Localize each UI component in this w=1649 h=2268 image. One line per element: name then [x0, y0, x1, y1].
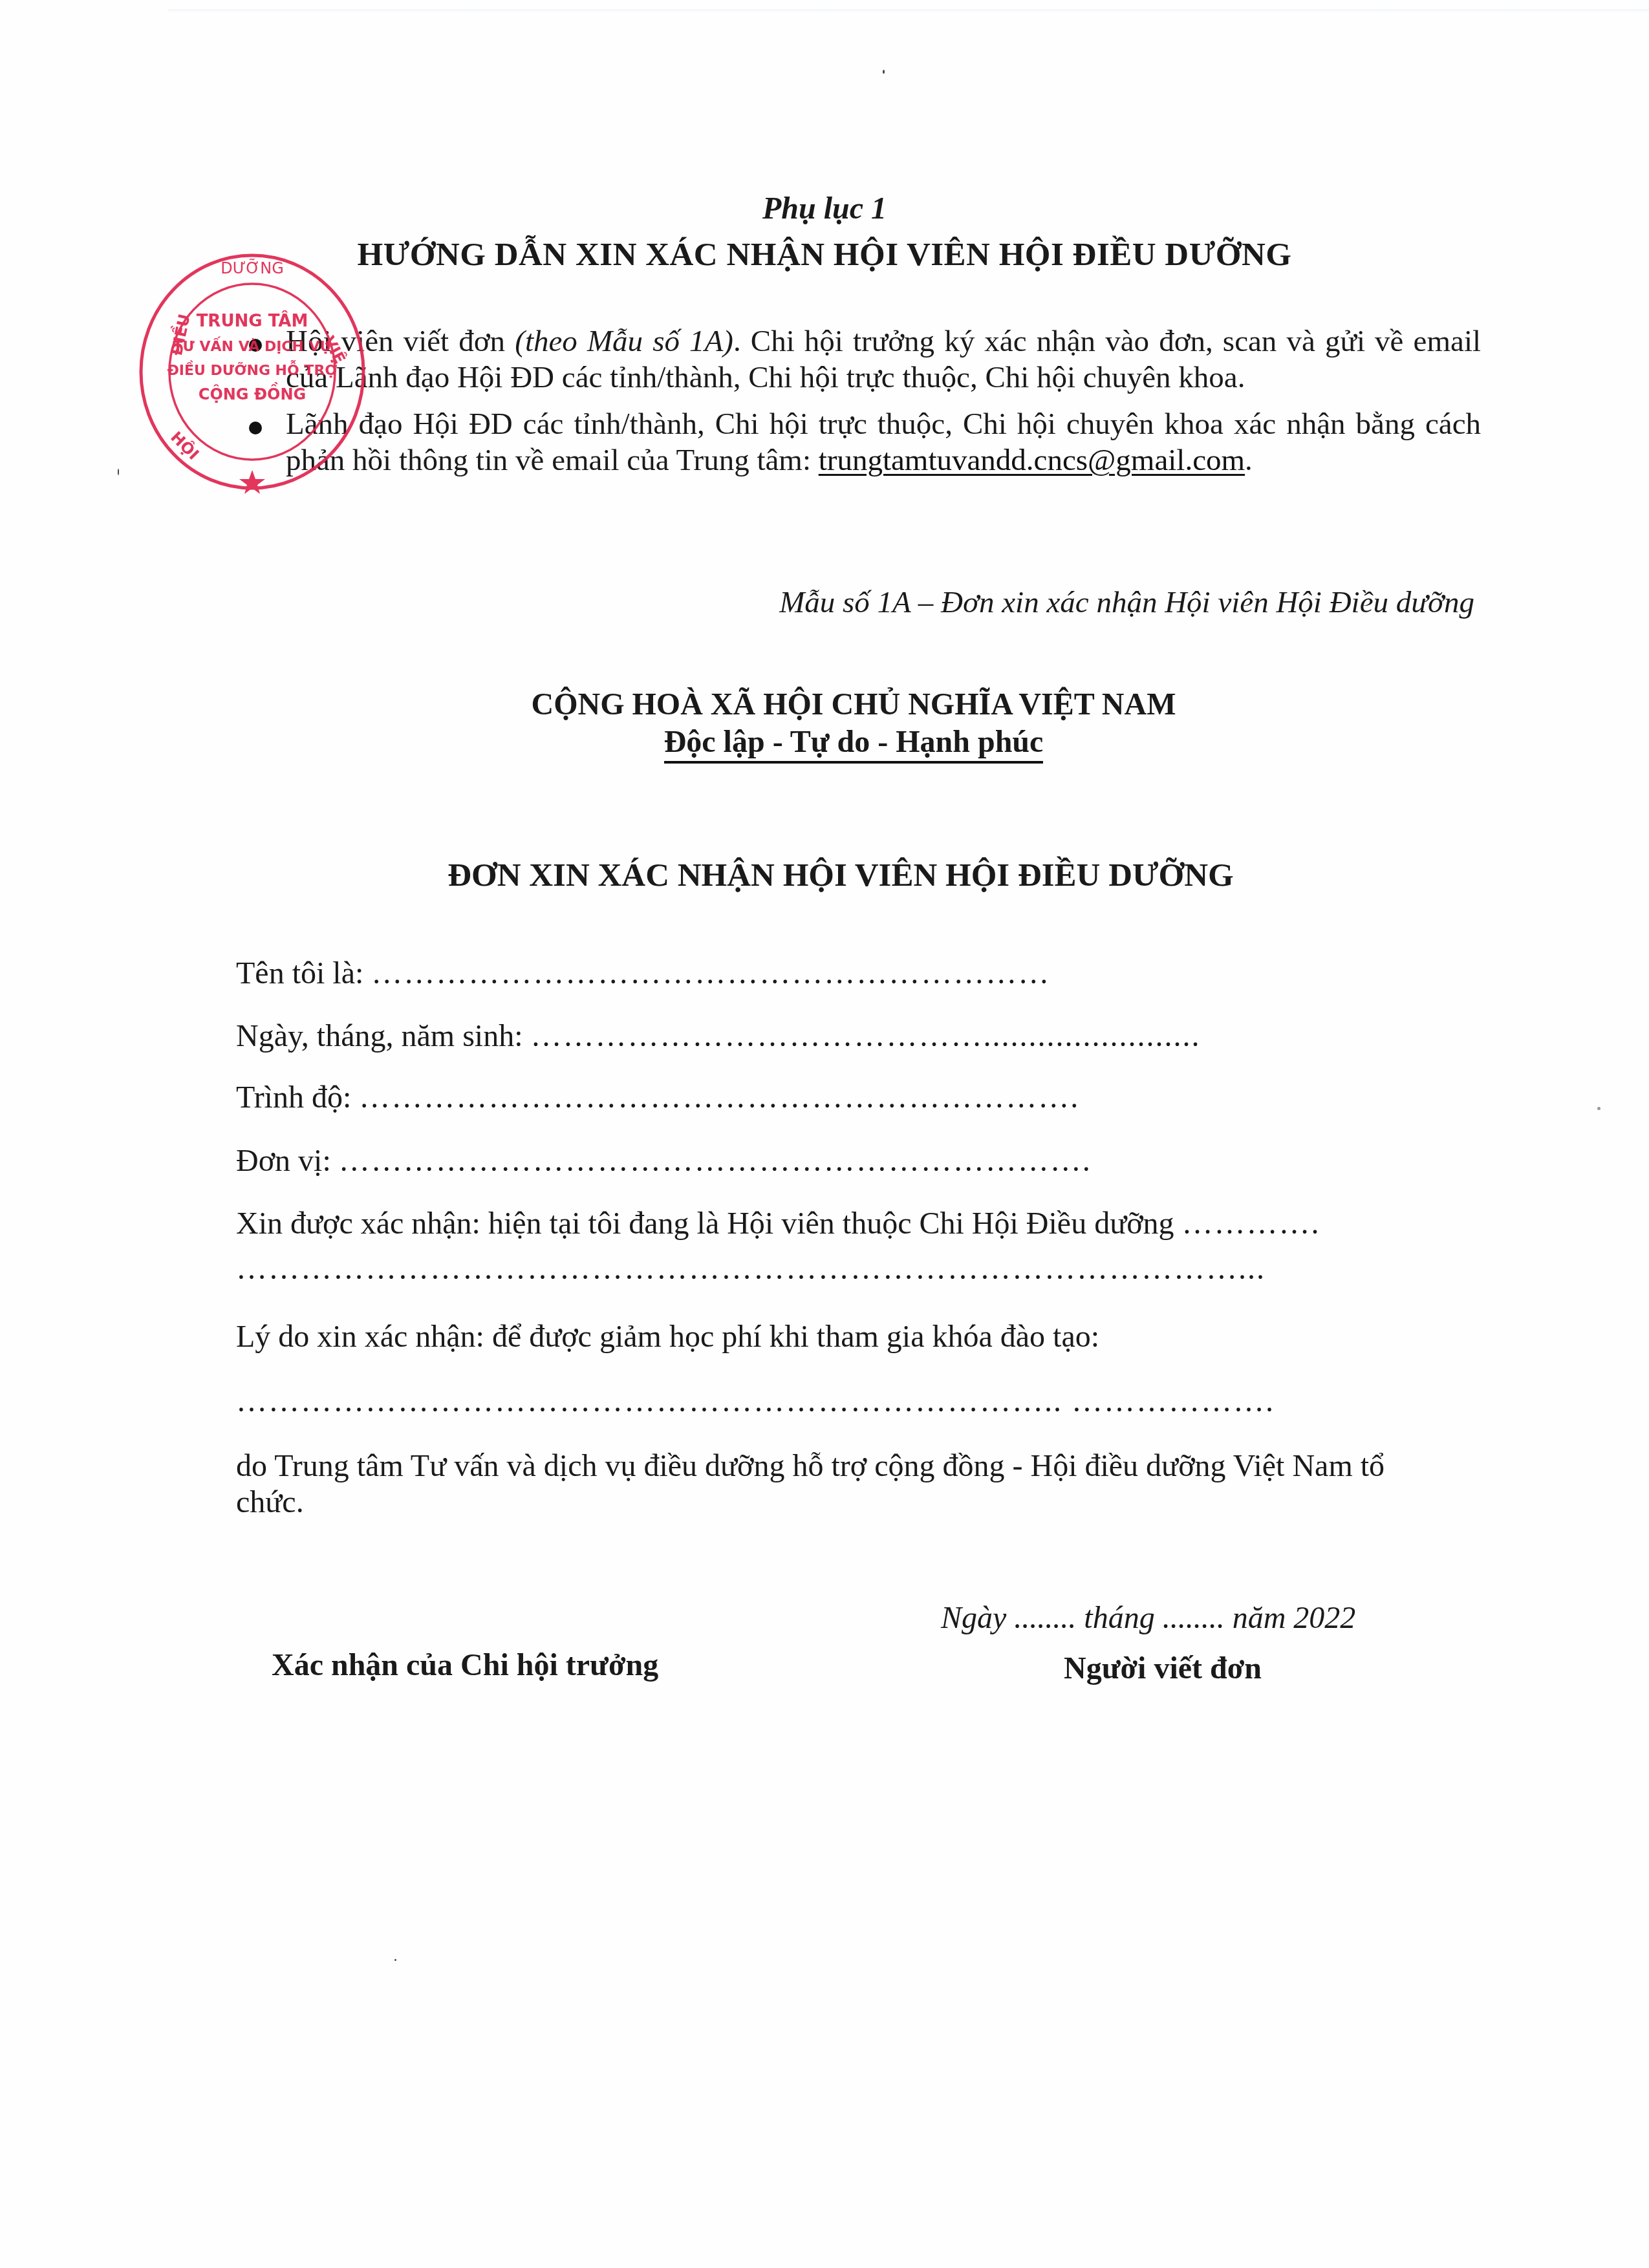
field-membership: Xin được xác nhận: hiện tại tôi đang là … — [236, 1206, 1320, 1241]
organizer-text: do Trung tâm Tư vấn và dịch vụ điều dưỡn… — [236, 1448, 1452, 1521]
scan-speck — [1597, 1107, 1600, 1110]
nation-heading: CỘNG HOÀ XÃ HỘI CHỦ NGHĨA VIỆT NAM — [530, 687, 1177, 722]
field-unit: Đơn vị: ……………………………………………………………. — [236, 1143, 1092, 1179]
field-date-of-birth: Ngày, tháng, năm sinh: ……………………………………...… — [236, 1018, 1200, 1054]
membership-input-line2[interactable]: …………………………………………………………………………………... — [236, 1252, 1266, 1286]
branch-head-confirmation-label: Xác nhận của Chi hội trưởng — [272, 1647, 658, 1683]
svg-text:HỘI: HỘI — [167, 427, 203, 464]
scan-speck — [394, 1959, 396, 1961]
guide-title: HƯỚNG DẪN XIN XÁC NHẬN HỘI VIÊN HỘI ĐIỀU… — [0, 236, 1649, 273]
qualification-input[interactable]: …………………………………………………………. — [359, 1080, 1079, 1115]
email-link[interactable]: trungtamtuvandd.cncs@gmail.com — [819, 444, 1245, 477]
document-page: Phụ lục 1 HƯỚNG DẪN XIN XÁC NHẬN HỘI VIÊ… — [0, 0, 1649, 2268]
applicant-signature-label: Người viết đơn — [1064, 1651, 1262, 1686]
field-full-name: Tên tôi là: ……………………………………………………… — [236, 956, 1050, 991]
appendix-label: Phụ lục 1 — [0, 191, 1649, 226]
bullet-icon — [249, 339, 262, 352]
field-reason: Lý do xin xác nhận: để được giảm học phí… — [236, 1319, 1099, 1354]
scan-edge — [168, 9, 1649, 13]
unit-input[interactable]: ……………………………………………………………. — [339, 1144, 1092, 1178]
form-reference: Mẫu số 1A – Đơn xin xác nhận Hội viên Hộ… — [779, 585, 1474, 620]
membership-input[interactable]: …………. — [1182, 1206, 1320, 1241]
instruction-list: Hội viên viết đơn (theo Mẫu số 1A). Chi … — [249, 323, 1481, 489]
stamp-ring-dieu: ĐIỀU — [164, 312, 194, 357]
full-name-input[interactable]: ……………………………………………………… — [371, 956, 1050, 990]
instruction-item: Lãnh đạo Hội ĐD các tỉnh/thành, Chi hội … — [249, 406, 1481, 478]
instruction-item: Hội viên viết đơn (theo Mẫu số 1A). Chi … — [249, 323, 1481, 396]
bullet-icon — [249, 422, 262, 434]
reason-input[interactable]: ………………………………………………………………….. ………………. — [236, 1384, 1275, 1418]
date-line: Ngày ........ tháng ........ năm 2022 — [941, 1600, 1355, 1636]
date-of-birth-input[interactable]: ……………………………………........................ — [530, 1019, 1200, 1053]
field-qualification: Trình độ: …………………………………………………………. — [236, 1080, 1079, 1115]
national-motto: Độc lập - Tự do - Hạnh phúc — [664, 724, 1044, 764]
form-title: ĐƠN XIN XÁC NHẬN HỘI VIÊN HỘI ĐIỀU DƯỠNG — [388, 857, 1293, 894]
scan-speck — [118, 469, 119, 475]
scan-speck — [883, 70, 885, 74]
